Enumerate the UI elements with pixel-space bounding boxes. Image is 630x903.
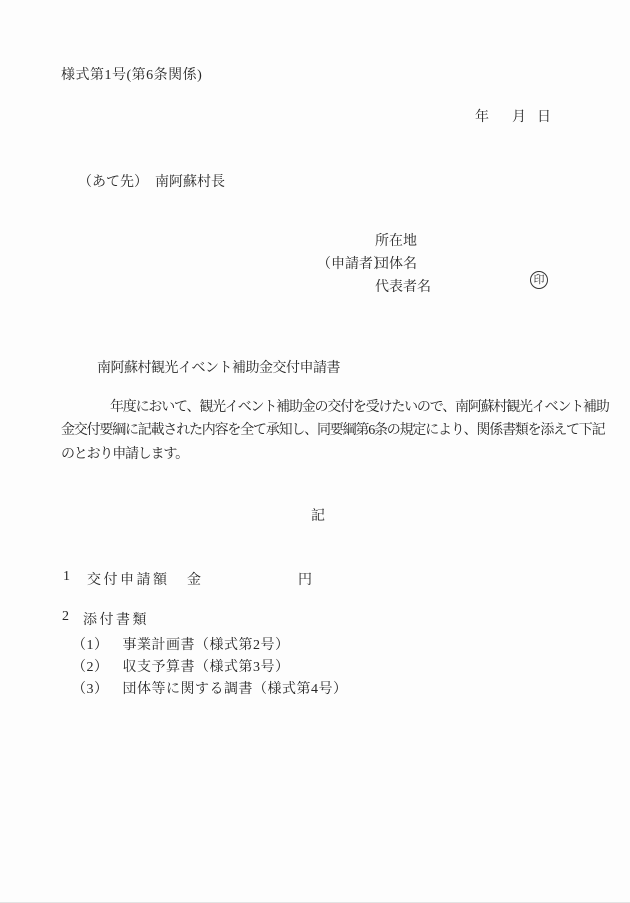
- body-line-3: のとおり申請します。: [61, 443, 581, 466]
- attachment-2-label: 収支予算書（様式第3号）: [123, 660, 290, 675]
- applicant-row: （申請者） 団体名: [317, 253, 387, 273]
- item-2-number: 2: [62, 609, 69, 625]
- attachment-item-2: （2）収支予算書（様式第3号）: [72, 656, 290, 676]
- item-application-amount: 1 交付申請額 金 円: [0, 569, 630, 587]
- date-day-label: 日: [537, 106, 551, 126]
- form-number: 様式第1号(第6条関係): [61, 64, 202, 84]
- attachment-item-1: （1）事業計画書（様式第2号）: [72, 634, 290, 654]
- addressee-line: （あて先） 南阿蘇村長: [78, 171, 225, 191]
- applicant-field-representative: 代表者名: [375, 276, 431, 296]
- item-2-label: 添付書類: [83, 609, 149, 629]
- amount-blank-field: [205, 569, 295, 585]
- applicant-field-organization: 団体名: [375, 253, 417, 273]
- attachment-2-number: （2）: [72, 660, 109, 675]
- attachment-1-label: 事業計画書（様式第2号）: [123, 638, 290, 653]
- date-line: 年 月 日: [0, 106, 630, 124]
- date-year-label: 年: [475, 106, 489, 126]
- date-month-label: 月: [512, 106, 526, 126]
- document-title: 南阿蘇村観光イベント補助金交付申請書: [97, 357, 340, 377]
- attachment-3-label: 団体等に関する調書（様式第4号）: [123, 682, 348, 697]
- body-paragraph: 年度において、観光イベント補助金の交付を受けたいので、南阿蘇村観光イベント補助 …: [61, 396, 581, 466]
- ki-marker: 記: [311, 505, 325, 525]
- seal-mark-icon: 印: [530, 271, 548, 289]
- document-page: 様式第1号(第6条関係) 年 月 日 （あて先） 南阿蘇村長 所在地 （申請者）…: [0, 0, 630, 903]
- body-line-1: 年度において、観光イベント補助金の交付を受けたいので、南阿蘇村観光イベント補助: [61, 396, 581, 419]
- applicant-field-address: 所在地: [375, 230, 417, 250]
- item-1-number: 1: [63, 569, 70, 585]
- amount-suffix: 円: [298, 569, 312, 589]
- attachment-3-number: （3）: [72, 682, 109, 697]
- item-attachments: 2 添付書類: [0, 609, 630, 627]
- attachment-1-number: （1）: [72, 638, 109, 653]
- amount-prefix: 金: [187, 569, 201, 589]
- body-line-2: 金交付要綱に記載された内容を全て承知し、同要綱第6条の規定により、関係書類を添え…: [61, 419, 581, 442]
- item-1-label: 交付申請額: [87, 569, 170, 589]
- attachment-item-3: （3）団体等に関する調書（様式第4号）: [72, 678, 348, 698]
